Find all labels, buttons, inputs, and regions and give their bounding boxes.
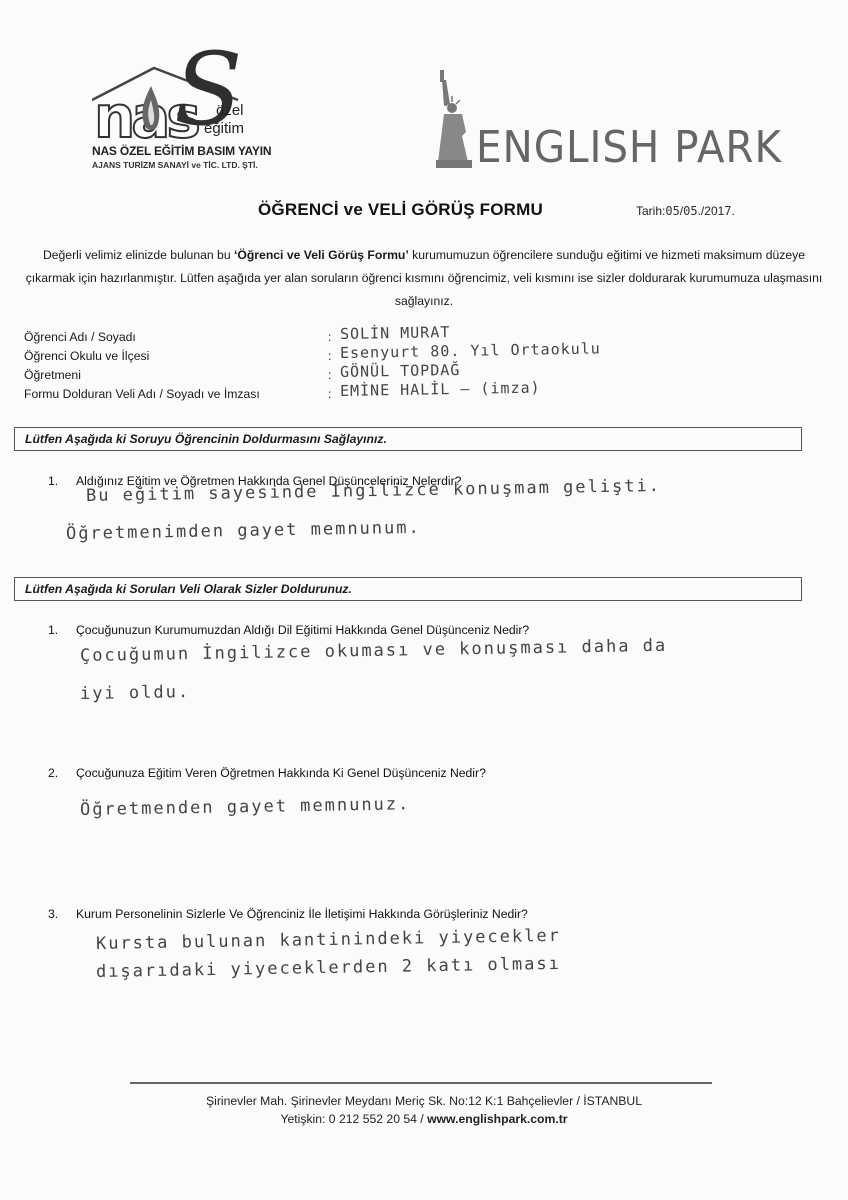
question-text: Kurum Personelinin Sizlerle Ve Öğrencini…	[76, 907, 528, 921]
date-day: 05	[665, 204, 679, 218]
flame-icon	[140, 86, 162, 136]
date-year-prefix: 201	[704, 204, 724, 218]
info-label: Öğretmeni	[24, 366, 81, 385]
question-text: Çocuğunuza Eğitim Veren Öğretmen Hakkınd…	[76, 766, 486, 780]
student-info-fields: Öğrenci Adı / Soyadı : SOLİN MURAT Öğren…	[24, 328, 824, 404]
student-answer-1-line-2[interactable]: Öğretmenimden gayet memnunum.	[66, 518, 421, 544]
date-label: Tarih:	[636, 204, 665, 218]
nas-company-subtitle: AJANS TURİZM SANAYİ ve TİC. LTD. ŞTİ.	[92, 160, 258, 170]
info-colon: :	[328, 366, 331, 385]
parent-answer-3-line-2[interactable]: dışarıdaki yiyeceklerden 2 katı olması	[96, 954, 561, 982]
form-title: ÖĞRENCİ ve VELİ GÖRÜŞ FORMU	[258, 200, 543, 220]
question-number: 1.	[48, 474, 76, 488]
student-section-heading: Lütfen Aşağıda ki Soruyu Öğrencinin Dold…	[14, 427, 802, 451]
info-row-parent: Formu Dolduran Veli Adı / Soyadı ve İmza…	[24, 385, 824, 404]
info-label: Öğrenci Okulu ve İlçesi	[24, 347, 149, 366]
footer-address: Şirinevler Mah. Şirinevler Meydanı Meriç…	[0, 1094, 848, 1108]
intro-paragraph: Değerli velimiz elinizde bulunan bu ‘Öğr…	[22, 244, 826, 313]
question-text: Çocuğunuzun Kurumumuzdan Aldığı Dil Eğit…	[76, 623, 529, 637]
info-label: Formu Dolduran Veli Adı / Soyadı ve İmza…	[24, 385, 260, 404]
question-number: 3.	[48, 907, 76, 921]
parent-section-heading: Lütfen Aşağıda ki Soruları Veli Olarak S…	[14, 577, 802, 601]
english-park-logo: ENGLISH PARK	[432, 70, 782, 170]
parent-answer-2-line-1[interactable]: Öğretmenden gayet memnunuz.	[80, 794, 411, 820]
footer-phone: Yetişkin: 0 212 552 20 54	[280, 1112, 416, 1126]
parent-signature-field[interactable]: EMİNE HALİL — (imza)	[340, 379, 541, 401]
nas-logo-ozel: özel	[216, 102, 244, 119]
nas-logo-egitim: eğitim	[204, 120, 244, 137]
nas-company-name: NAS ÖZEL EĞİTİM BASIM YAYIN	[92, 144, 271, 158]
parent-question-2: 2.Çocuğunuza Eğitim Veren Öğretmen Hakkı…	[48, 766, 486, 780]
info-colon: :	[328, 385, 331, 404]
footer-separator: /	[417, 1112, 427, 1126]
question-number: 2.	[48, 766, 76, 780]
intro-text-1: Değerli velimiz elinizde bulunan bu	[43, 248, 234, 262]
info-colon: :	[328, 328, 331, 347]
question-number: 1.	[48, 623, 76, 637]
nas-logo: nas S özel eğitim NAS ÖZEL EĞİTİM BASIM …	[74, 36, 314, 176]
date-year-suffix: 7	[724, 204, 731, 218]
date-field[interactable]: Tarih:05/05./2017.	[636, 204, 735, 218]
footer-website-link[interactable]: www.englishpark.com.tr	[427, 1112, 567, 1126]
footer-divider	[130, 1082, 712, 1084]
parent-question-3: 3.Kurum Personelinin Sizlerle Ve Öğrenci…	[48, 907, 528, 921]
footer-contact: Yetişkin: 0 212 552 20 54 / www.englishp…	[0, 1112, 848, 1126]
info-colon: :	[328, 347, 331, 366]
statue-of-liberty-icon	[432, 70, 476, 170]
parent-answer-3-line-1[interactable]: Kursta bulunan kantinindeki yiyecekler	[96, 926, 561, 954]
student-name-field[interactable]: SOLİN MURAT	[340, 323, 451, 344]
school-field[interactable]: Esenyurt 80. Yıl Ortaokulu	[340, 339, 601, 363]
teacher-field[interactable]: GÖNÜL TOPDAĞ	[340, 361, 461, 382]
intro-form-name: ‘Öğrenci ve Veli Görüş Formu’	[234, 248, 409, 262]
date-month: 05	[683, 204, 697, 218]
parent-question-1: 1.Çocuğunuzun Kurumumuzdan Aldığı Dil Eğ…	[48, 623, 529, 637]
parent-answer-1-line-1[interactable]: Çocuğumun İngilizce okuması ve konuşması…	[80, 636, 668, 666]
parent-answer-1-line-2[interactable]: iyi oldu.	[80, 682, 190, 704]
info-label: Öğrenci Adı / Soyadı	[24, 328, 136, 347]
english-park-wordmark: ENGLISH PARK	[476, 126, 782, 170]
